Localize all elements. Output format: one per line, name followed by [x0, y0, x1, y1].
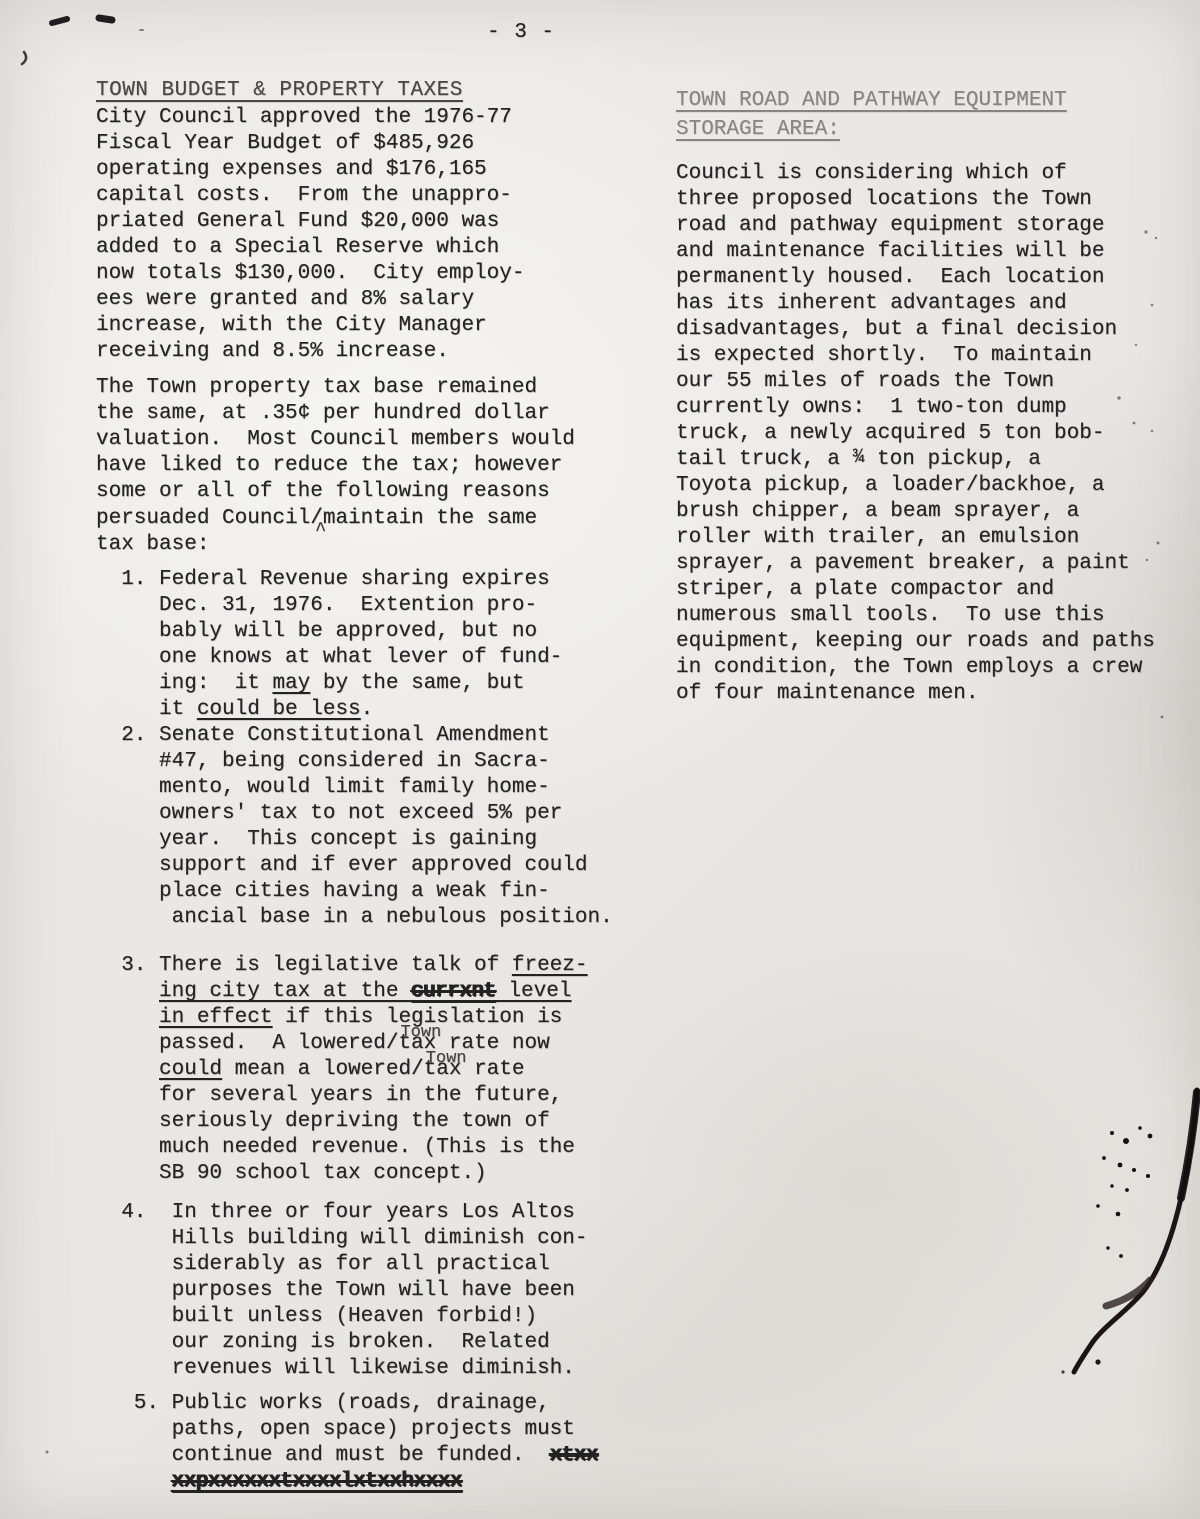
plain-text: by the same, but [310, 672, 524, 695]
text-line: currently owns: 1 two-ton dump [676, 395, 1176, 421]
underlined-text: could [159, 1058, 222, 1081]
text-line: City Council approved the 1976-77 [96, 105, 656, 131]
text-block: 5. Public works (roads, drainage, paths,… [96, 1391, 656, 1495]
text-line: equipment, keeping our roads and paths [676, 629, 1176, 655]
plain-text: permanently housed. Each location [676, 266, 1104, 289]
plain-text: of four maintenance men. [676, 682, 978, 705]
underlined-text: level [496, 980, 572, 1003]
text-line: 2. Senate Constitutional Amendment [96, 723, 656, 749]
plain-text: ing: it [96, 672, 272, 695]
text-block: City Council approved the 1976-77Fiscal … [96, 105, 656, 365]
plain-text: purposes the Town will have been [96, 1279, 575, 1302]
plain-text: disadvantages, but a final decision [676, 318, 1117, 341]
text-line: siderably as for all practical [96, 1252, 656, 1278]
plain-text: capital costs. From the unappro- [96, 184, 512, 207]
plain-text: 1. Federal Revenue sharing expires [96, 568, 550, 591]
text-line: bably will be approved, but no [96, 619, 656, 645]
text-line: permanently housed. Each location [676, 265, 1176, 291]
text-line: paths, open space) projects must [96, 1417, 656, 1443]
text-line: tail truck, a ¾ ton pickup, a [676, 447, 1176, 473]
ink-spatter-dots [1096, 1126, 1152, 1258]
text-line: roller with trailer, an emulsion [676, 525, 1176, 551]
text-line: in condition, the Town employs a crew [676, 655, 1176, 681]
scanned-document-page: - 3 - TOWN BUDGET & PROPERTY TAXES City … [0, 0, 1200, 1519]
plain-text: persuaded Council/ [96, 507, 323, 530]
text-line: ees were granted and 8% salary [96, 287, 656, 313]
text-line: of four maintenance men. [676, 681, 1176, 707]
plain-text: City Council approved the 1976-77 [96, 106, 512, 129]
left-column-body: City Council approved the 1976-77Fiscal … [96, 105, 656, 1495]
text-line: Hills building will diminish con- [96, 1226, 656, 1252]
section-heading-budget: TOWN BUDGET & PROPERTY TAXES [96, 78, 656, 104]
struck-underlined-text: currxnt [411, 980, 496, 1003]
text-line: disadvantages, but a final decision [676, 317, 1176, 343]
text-line: seriously depriving the town of [96, 1109, 656, 1135]
underlined-text: freez- [512, 954, 588, 977]
plain-text: #47, being considered in Sacra- [96, 750, 550, 773]
plain-text: tail truck, a [676, 448, 852, 471]
text-line: purposes the Town will have been [96, 1278, 656, 1304]
plain-text: have liked to reduce the tax; however [96, 454, 562, 477]
text-line: now totals $130,000. City employ- [96, 261, 656, 287]
text-line: truck, a newly acquired 5 ton bob- [676, 421, 1176, 447]
text-block: 1. Federal Revenue sharing expires Dec. … [96, 567, 656, 723]
plain-text: place cities having a weak fin- [96, 880, 550, 903]
plain-text: mento, would limit family home- [96, 776, 550, 799]
right-column-body: Council is considering which ofthree pro… [676, 161, 1176, 707]
text-line: ing city tax at the currxnt level [96, 979, 656, 1005]
text-line: numerous small tools. To use this [676, 603, 1176, 629]
plain-text: passed. A lowered/ [96, 1032, 398, 1055]
text-line: in effect if this legislation is [96, 1005, 656, 1031]
plain-text: our zoning is broken. Related [96, 1331, 550, 1354]
text-line: road and pathway equipment storage [676, 213, 1176, 239]
section-heading-storage: TOWN ROAD AND PATHWAY EQUIPMENT STORAGE … [676, 86, 1176, 144]
text-block: 3. There is legilative talk of freez- in… [96, 953, 656, 1187]
text-line: continue and must be funded. xtxx [96, 1443, 656, 1469]
plain-text: priated General Fund $20,000 was [96, 210, 499, 233]
plain-text [96, 1058, 159, 1081]
plain-text: Dec. 31, 1976. Extention pro- [96, 594, 537, 617]
text-line: our zoning is broken. Related [96, 1330, 656, 1356]
text-line: Toyota pickup, a loader/backhoe, a [676, 473, 1176, 499]
text-line: passed. A lowered/Towntax rate now [96, 1031, 656, 1057]
text-line: Fiscal Year Budget of $485,926 [96, 131, 656, 157]
plain-text: brush chipper, a beam sprayer, a [676, 500, 1079, 523]
plain-text: roller with trailer, an emulsion [676, 526, 1079, 549]
heading-line: STORAGE AREA: [676, 115, 1176, 144]
plain-text: ton pickup, a [864, 448, 1040, 471]
text-line: built unless (Heaven forbid!) [96, 1304, 656, 1330]
text-line: support and if ever approved could [96, 853, 656, 879]
plain-text [96, 980, 159, 1003]
plain-text: maintain the same [323, 507, 537, 530]
plain-text: receiving and 8.5% increase. [96, 340, 449, 363]
plain-text: paths, open space) projects must [96, 1418, 575, 1441]
plain-text: added to a Special Reserve which [96, 236, 499, 259]
text-line: have liked to reduce the tax; however [96, 453, 656, 479]
plain-text: one knows at what lever of fund- [96, 646, 562, 669]
text-line: for several years in the future, [96, 1083, 656, 1109]
text-line: Dec. 31, 1976. Extention pro- [96, 593, 656, 619]
plain-text: the same, at .35¢ per hundred dollar [96, 402, 550, 425]
text-block: Council is considering which ofthree pro… [676, 161, 1176, 707]
right-column: TOWN ROAD AND PATHWAY EQUIPMENT STORAGE … [676, 86, 1176, 707]
text-line: and maintenance facilities will be [676, 239, 1176, 265]
plain-text: striper, a plate compactor and [676, 578, 1054, 601]
plain-text [96, 1470, 172, 1493]
text-line: place cities having a weak fin- [96, 879, 656, 905]
text-line: one knows at what lever of fund- [96, 645, 656, 671]
ink-smudge-marks [22, 18, 143, 64]
text-block: 2. Senate Constitutional Amendment #47, … [96, 723, 656, 931]
plain-text: our 55 miles of roads the Town [676, 370, 1054, 393]
plain-text: 4. In three or four years Los Altos [96, 1201, 575, 1224]
text-line: has its inherent advantages and [676, 291, 1176, 317]
text-line: mento, would limit family home- [96, 775, 656, 801]
fraction-three-quarters: ¾ [852, 446, 864, 469]
plain-text: seriously depriving the town of [96, 1110, 550, 1133]
text-line: The Town property tax base remained [96, 375, 656, 401]
plain-text: in condition, the Town employs a crew [676, 656, 1142, 679]
struck-text: xtxx [550, 1444, 598, 1467]
plain-text: built unless (Heaven forbid!) [96, 1305, 537, 1328]
text-line: revenues will likewise diminish. [96, 1356, 656, 1382]
plain-text: and maintenance facilities will be [676, 240, 1104, 263]
plain-text: year. This concept is gaining [96, 828, 537, 851]
text-line: 1. Federal Revenue sharing expires [96, 567, 656, 593]
text-line: added to a Special Reserve which [96, 235, 656, 261]
text-line: is expected shortly. To maintain [676, 343, 1176, 369]
text-line: capital costs. From the unappro- [96, 183, 656, 209]
plain-text: numerous small tools. To use this [676, 604, 1104, 627]
plain-text: siderably as for all practical [96, 1253, 550, 1276]
heading-line: TOWN ROAD AND PATHWAY EQUIPMENT [676, 86, 1176, 115]
text-block: The Town property tax base remainedthe s… [96, 375, 656, 558]
text-line: much needed revenue. (This is the [96, 1135, 656, 1161]
plain-text: bably will be approved, but no [96, 620, 537, 643]
left-column: TOWN BUDGET & PROPERTY TAXES City Counci… [96, 78, 656, 1495]
plain-text: valuation. Most Council members would [96, 428, 575, 451]
plain-text: Council is considering which of [676, 162, 1067, 185]
text-line: 3. There is legilative talk of freez- [96, 953, 656, 979]
plain-text [96, 1006, 159, 1029]
underlined-text: ing city tax at the [159, 980, 411, 1003]
tear-mark [1061, 1090, 1197, 1374]
plain-text: increase, with the City Manager [96, 314, 487, 337]
plain-text: has its inherent advantages and [676, 292, 1067, 315]
text-line: 5. Public works (roads, drainage, [96, 1391, 656, 1417]
plain-text: Toyota pickup, a loader/backhoe, a [676, 474, 1104, 497]
plain-text: revenues will likewise diminish. [96, 1357, 575, 1380]
text-line: owners' tax to not exceed 5% per [96, 801, 656, 827]
plain-text: ancial base in a nebulous position. [96, 906, 613, 929]
plain-text: much needed revenue. (This is the [96, 1136, 575, 1159]
page-number: - 3 - [487, 20, 555, 46]
plain-text: SB 90 school tax concept.) [96, 1162, 487, 1185]
plain-text: Fiscal Year Budget of $485,926 [96, 132, 474, 155]
plain-text: owners' tax to not exceed 5% per [96, 802, 562, 825]
text-line: sprayer, a pavement breaker, a paint [676, 551, 1176, 577]
plain-text: ees were granted and 8% salary [96, 288, 474, 311]
plain-text: currently owns: 1 two-ton dump [676, 396, 1067, 419]
text-line: ing: it may by the same, but [96, 671, 656, 697]
text-line: xxpxxxxxxtxxxxlxtxxhxxxx [96, 1469, 656, 1495]
plain-text: continue and must be funded. [96, 1444, 550, 1467]
text-line: some or all of the following reasons [96, 479, 656, 505]
text-line: brush chipper, a beam sprayer, a [676, 499, 1176, 525]
text-line: ancial base in a nebulous position. [96, 905, 656, 931]
text-line: our 55 miles of roads the Town [676, 369, 1176, 395]
text-line: priated General Fund $20,000 was [96, 209, 656, 235]
text-line: #47, being considered in Sacra- [96, 749, 656, 775]
plain-text: truck, a newly acquired 5 ton bob- [676, 422, 1104, 445]
text-line: it could be less. [96, 697, 656, 723]
plain-text: support and if ever approved could [96, 854, 587, 877]
underlined-text: may [272, 672, 310, 695]
text-line: Council is considering which of [676, 161, 1176, 187]
plain-text: The Town property tax base remained [96, 376, 537, 399]
plain-text: some or all of the following reasons [96, 480, 550, 503]
text-line: increase, with the City Manager [96, 313, 656, 339]
text-line: could mean a lowered/Towntax rate [96, 1057, 656, 1083]
plain-text: for several years in the future, [96, 1084, 562, 1107]
plain-text: is expected shortly. To maintain [676, 344, 1092, 367]
underlined-text: could be less [197, 698, 361, 721]
plain-text: 3. There is legilative talk of [96, 954, 512, 977]
text-line: 4. In three or four years Los Altos [96, 1200, 656, 1226]
text-line: tax base: [96, 532, 656, 558]
plain-text: . [361, 698, 374, 721]
text-line: operating expenses and $176,165 [96, 157, 656, 183]
plain-text: now totals $130,000. City employ- [96, 262, 524, 285]
plain-text: sprayer, a pavement breaker, a paint [676, 552, 1130, 575]
plain-text: 5. Public works (roads, drainage, [96, 1392, 550, 1415]
text-line: year. This concept is gaining [96, 827, 656, 853]
plain-text: three proposed locations the Town [676, 188, 1092, 211]
plain-text: 2. Senate Constitutional Amendment [96, 724, 550, 747]
plain-text: Hills building will diminish con- [96, 1227, 587, 1250]
text-line: receiving and 8.5% increase. [96, 339, 656, 365]
plain-text: operating expenses and $176,165 [96, 158, 487, 181]
underlined-text: in effect [159, 1006, 272, 1029]
text-line: striper, a plate compactor and [676, 577, 1176, 603]
plain-text: it [96, 698, 197, 721]
text-line: three proposed locations the Town [676, 187, 1176, 213]
text-line: valuation. Most Council members would [96, 427, 656, 453]
text-line: persuaded Council/^maintain the same [96, 505, 656, 532]
text-line: the same, at .35¢ per hundred dollar [96, 401, 656, 427]
plain-text: road and pathway equipment storage [676, 214, 1104, 237]
text-line: SB 90 school tax concept.) [96, 1161, 656, 1187]
plain-text: tax base: [96, 533, 209, 556]
plain-text: mean a lowered/ [222, 1058, 424, 1081]
text-block: 4. In three or four years Los Altos Hill… [96, 1200, 656, 1382]
plain-text: equipment, keeping our roads and paths [676, 630, 1155, 653]
struck-underlined-text: xxpxxxxxxtxxxxlxtxxhxxxx [172, 1470, 462, 1493]
